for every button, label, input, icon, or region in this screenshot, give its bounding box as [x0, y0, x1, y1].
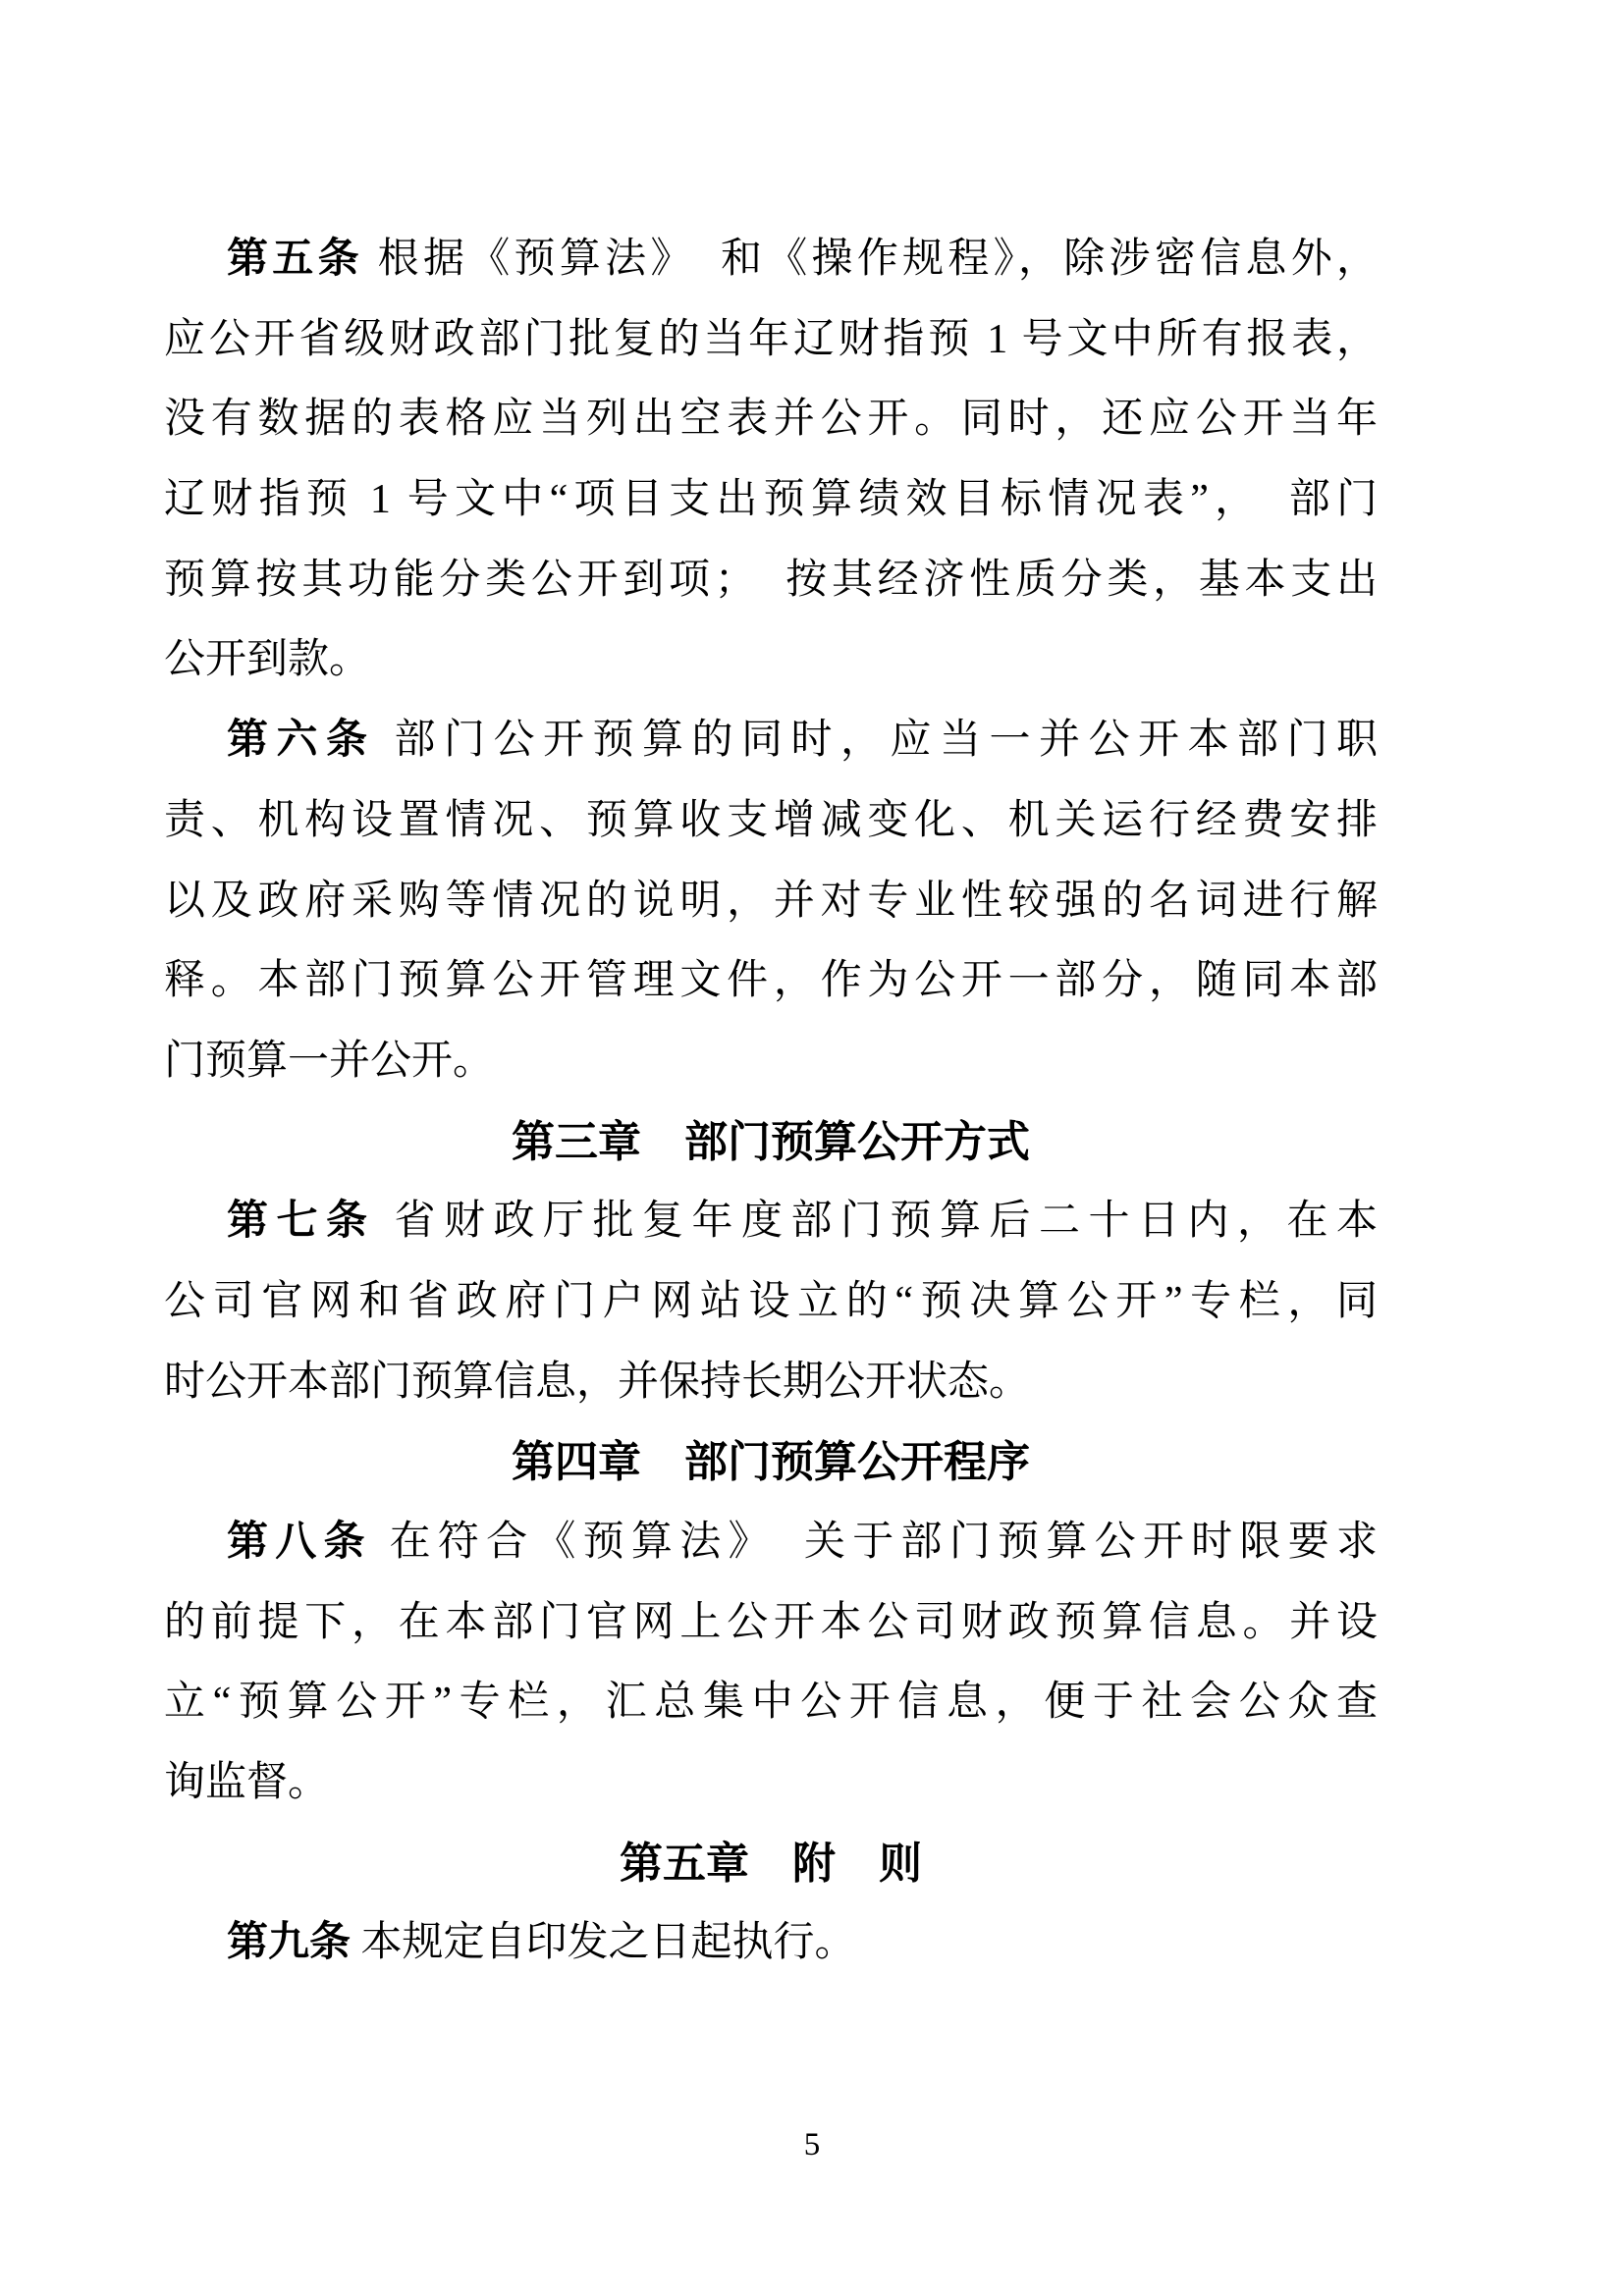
body-line: 应公开省级财政部门批复的当年辽财指预 1 号文中所有报表，	[164, 300, 1378, 381]
chapter-heading: 第四章 部门预算公开程序	[164, 1422, 1378, 1503]
body-line: 时公开本部门预算信息，并保持长期公开状态。	[164, 1343, 1378, 1423]
body-line: 立“预算公开”专栏，汇总集中公开信息，便于社会公众查	[164, 1663, 1378, 1743]
body-line: 以及政府采购等情况的说明，并对专业性较强的名词进行解	[164, 862, 1378, 942]
body-line: 第六条 部门公开预算的同时，应当一并公开本部门职	[164, 701, 1378, 781]
body-line: 没有数据的表格应当列出空表并公开。同时，还应公开当年	[164, 380, 1378, 460]
body-line: 辽财指预 1 号文中“项目支出预算绩效目标情况表”， 部门	[164, 460, 1378, 541]
body-line: 门预算一并公开。	[164, 1022, 1378, 1102]
article-number: 第九条	[227, 1920, 351, 1965]
page-number: 5	[0, 2123, 1624, 2166]
article-number: 第八条	[227, 1520, 372, 1565]
body-line: 第七条 省财政厅批复年度部门预算后二十日内，在本	[164, 1182, 1378, 1262]
body-line: 释。本部门预算公开管理文件，作为公开一部分，随同本部	[164, 941, 1378, 1022]
article-number: 第七条	[227, 1199, 376, 1244]
body-line: 询监督。	[164, 1743, 1378, 1824]
body-line: 公开到款。	[164, 620, 1378, 701]
chapter-heading: 第三章 部门预算公开方式	[164, 1102, 1378, 1183]
document-page: 第五条 根据《预算法》 和《操作规程》，除涉密信息外，应公开省级财政部门批复的当…	[0, 0, 1624, 2296]
article-number: 第五条	[227, 237, 363, 282]
body-line: 责、机构设置情况、预算收支增减变化、机关运行经费安排	[164, 781, 1378, 862]
body-line: 第九条 本规定自印发之日起执行。	[164, 1903, 1378, 1984]
body-line: 预算按其功能分类公开到项； 按其经济性质分类，基本支出	[164, 541, 1378, 621]
article-number: 第六条	[227, 718, 376, 763]
document-content: 第五条 根据《预算法》 和《操作规程》，除涉密信息外，应公开省级财政部门批复的当…	[164, 220, 1378, 1984]
body-line: 第八条 在符合《预算法》 关于部门预算公开时限要求	[164, 1503, 1378, 1583]
body-line: 第五条 根据《预算法》 和《操作规程》，除涉密信息外，	[164, 220, 1378, 300]
chapter-heading: 第五章 附 则	[164, 1824, 1378, 1904]
body-line: 公司官网和省政府门户网站设立的“预决算公开”专栏，同	[164, 1262, 1378, 1343]
body-line: 的前提下，在本部门官网上公开本公司财政预算信息。并设	[164, 1583, 1378, 1664]
